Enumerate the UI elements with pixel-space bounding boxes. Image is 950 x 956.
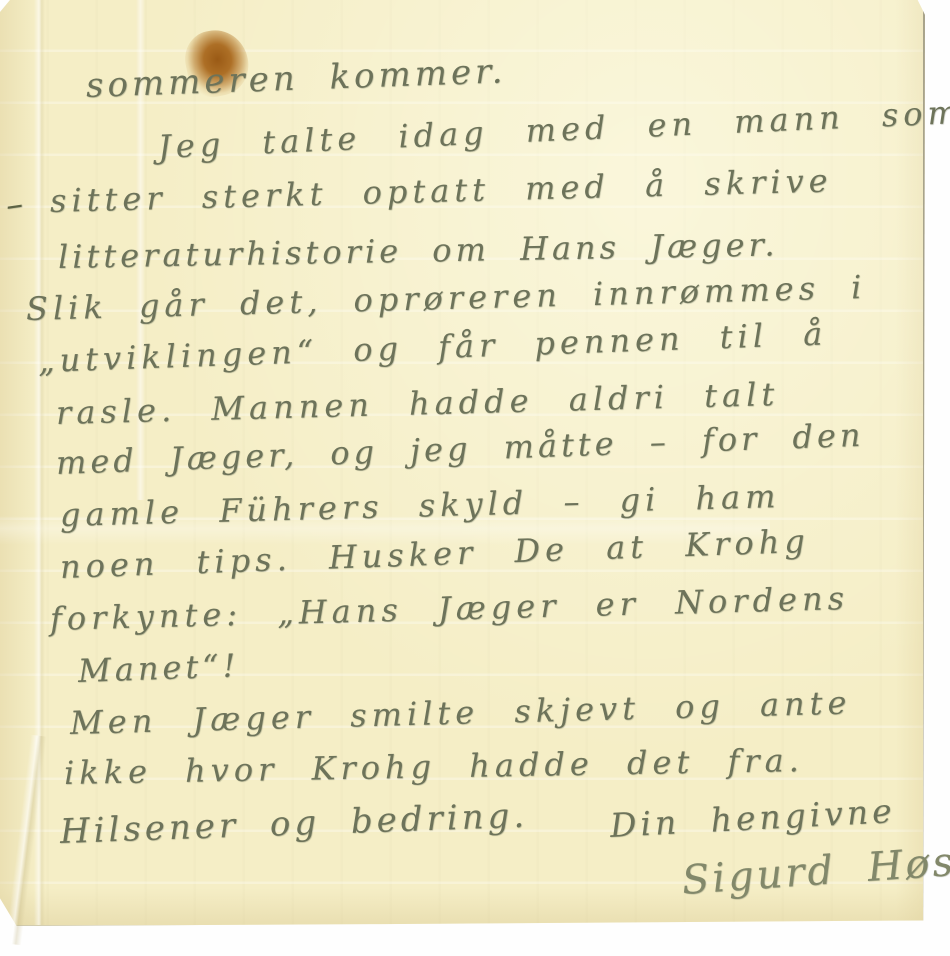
scanned-letter: sommeren kommer. Jeg talte idag med en m… bbox=[0, 0, 950, 956]
handwriting-line: Manet“! bbox=[77, 646, 240, 690]
